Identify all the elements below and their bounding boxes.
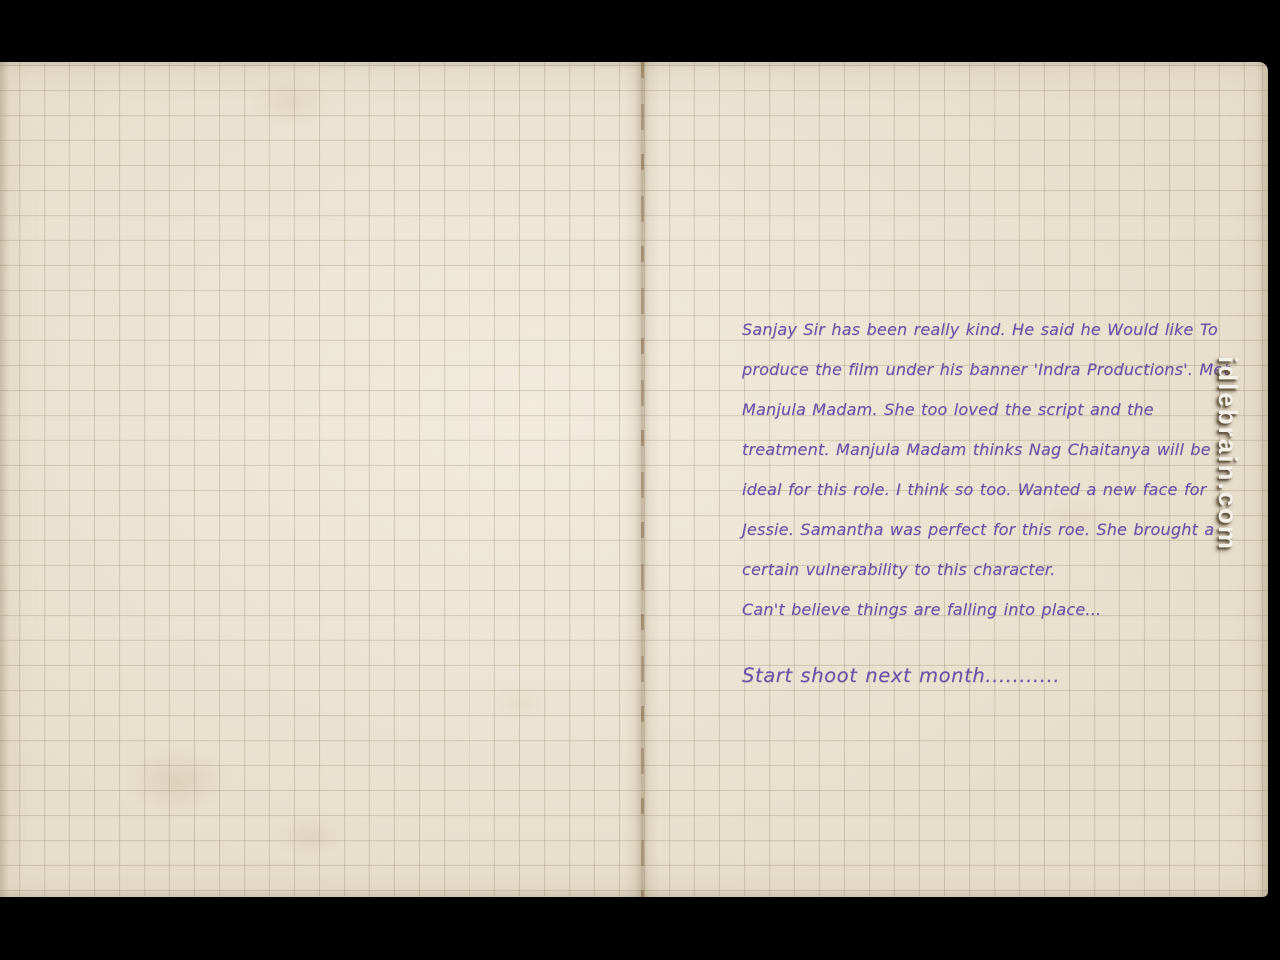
letterbox-top-bar xyxy=(0,0,1280,62)
handwritten-line: ideal for this role. I think so too. Wan… xyxy=(742,470,1212,510)
handwritten-line: Jessie. Samantha was perfect for this ro… xyxy=(742,510,1212,550)
handwritten-line: Sanjay Sir has been really kind. He said… xyxy=(742,310,1212,350)
handwritten-line: certain vulnerability to this character. xyxy=(742,550,1212,590)
notebook-paper-spread: Sanjay Sir has been really kind. He said… xyxy=(0,62,1268,897)
handwritten-line: treatment. Manjula Madam thinks Nag Chai… xyxy=(742,430,1212,470)
center-fold-crease xyxy=(624,62,660,897)
handwritten-line: Can't believe things are falling into pl… xyxy=(742,590,1212,630)
handwritten-closing-line: Start shoot next month........... xyxy=(742,654,1212,698)
site-watermark: idlebrain.com xyxy=(1212,356,1243,566)
handwritten-line: Manjula Madam. She too loved the script … xyxy=(742,390,1212,430)
letterbox-bottom-bar xyxy=(0,897,1280,960)
handwritten-line: produce the film under his banner 'Indra… xyxy=(742,350,1212,390)
notebook-photo: Sanjay Sir has been really kind. He said… xyxy=(0,0,1280,960)
diary-note: Sanjay Sir has been really kind. He said… xyxy=(742,310,1212,698)
